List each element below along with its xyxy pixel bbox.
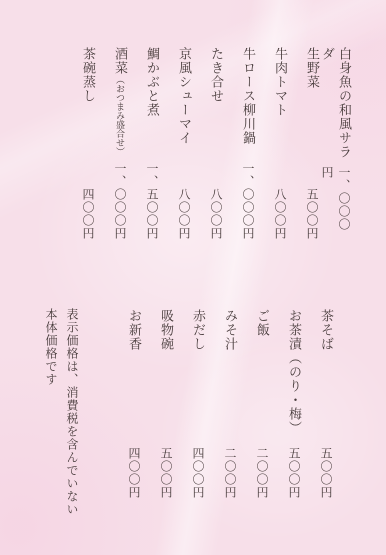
item-name: 茶碗蒸し bbox=[79, 47, 96, 103]
tax-footnote: 表示価格は、消費税を含んでいない 本体価格です bbox=[40, 308, 82, 523]
menu-item: 茶碗蒸し 四〇〇円 bbox=[79, 47, 96, 240]
item-name: ご飯 bbox=[253, 309, 270, 337]
item-price: 五〇〇円 bbox=[303, 188, 320, 240]
item-price: 一、〇〇〇円 bbox=[239, 162, 256, 240]
item-price: 一、〇〇〇円 bbox=[111, 162, 128, 240]
menu-item: 京風シューマイ 八〇〇円 bbox=[175, 47, 192, 240]
menu-item: 生野菜 五〇〇円 bbox=[303, 47, 320, 240]
item-price: 四〇〇円 bbox=[189, 447, 206, 499]
item-price: 八〇〇円 bbox=[175, 188, 192, 240]
menu-item: ご飯 二〇〇円 bbox=[253, 309, 270, 499]
menu-item: 牛ロース柳川鍋 一、〇〇〇円 bbox=[239, 47, 256, 240]
item-price: 四〇〇円 bbox=[125, 447, 142, 499]
item-name: 白身魚の和風サラダ bbox=[335, 47, 352, 166]
item-price: 五〇〇円 bbox=[157, 447, 174, 499]
menu-item: お新香 四〇〇円 bbox=[125, 309, 142, 499]
item-name-note: （おつまみ盛合せ） bbox=[114, 75, 124, 156]
item-name: 茶そば bbox=[317, 309, 334, 351]
item-name: たき合せ bbox=[207, 47, 224, 103]
item-price: 八〇〇円 bbox=[271, 188, 288, 240]
item-name: 鯛かぶと煮 bbox=[143, 47, 160, 117]
menu-item: 牛肉トマト 八〇〇円 bbox=[271, 47, 288, 240]
footnote-line: 本体価格です bbox=[40, 308, 61, 523]
item-name: 京風シューマイ bbox=[175, 47, 192, 145]
item-name: お新香 bbox=[125, 309, 142, 351]
item-price: 四〇〇円 bbox=[79, 188, 96, 240]
menu-item: たき合せ 八〇〇円 bbox=[207, 47, 224, 240]
menu-section-bottom: 茶そば 五〇〇円 お茶漬（のり・梅） 五〇〇円 ご飯 二〇〇円 みそ汁 二〇〇円… bbox=[125, 309, 334, 499]
item-price: 五〇〇円 bbox=[285, 447, 302, 499]
item-price: 一、〇〇〇円 bbox=[335, 166, 352, 240]
menu-item: 吸物碗 五〇〇円 bbox=[157, 309, 174, 499]
menu-section-top: 白身魚の和風サラダ 一、〇〇〇円 生野菜 五〇〇円 牛肉トマト 八〇〇円 牛ロー… bbox=[79, 47, 352, 240]
menu-item: お茶漬（のり・梅） 五〇〇円 bbox=[285, 309, 302, 499]
item-name-group: 酒菜（おつまみ盛合せ） bbox=[111, 47, 128, 156]
item-name: 赤だし bbox=[189, 309, 206, 351]
item-name: 牛肉トマト bbox=[271, 47, 288, 117]
item-name: みそ汁 bbox=[221, 309, 238, 351]
item-price: 一、五〇〇円 bbox=[143, 162, 160, 240]
item-price: 八〇〇円 bbox=[207, 188, 224, 240]
item-price: 二〇〇円 bbox=[221, 447, 238, 499]
item-name: お茶漬（のり・梅） bbox=[285, 309, 302, 435]
menu-item: 酒菜（おつまみ盛合せ） 一、〇〇〇円 bbox=[111, 47, 128, 240]
menu-item: 白身魚の和風サラダ 一、〇〇〇円 bbox=[335, 47, 352, 240]
item-price: 五〇〇円 bbox=[317, 447, 334, 499]
item-price: 二〇〇円 bbox=[253, 447, 270, 499]
menu-paper: 白身魚の和風サラダ 一、〇〇〇円 生野菜 五〇〇円 牛肉トマト 八〇〇円 牛ロー… bbox=[0, 0, 386, 555]
menu-item: みそ汁 二〇〇円 bbox=[221, 309, 238, 499]
item-name: 吸物碗 bbox=[157, 309, 174, 351]
menu-item: 赤だし 四〇〇円 bbox=[189, 309, 206, 499]
item-name: 酒菜 bbox=[112, 47, 127, 75]
footnote-line: 表示価格は、消費税を含んでいない bbox=[61, 308, 82, 523]
menu-item: 鯛かぶと煮 一、五〇〇円 bbox=[143, 47, 160, 240]
menu-item: 茶そば 五〇〇円 bbox=[317, 309, 334, 499]
item-name: 牛ロース柳川鍋 bbox=[239, 47, 256, 145]
